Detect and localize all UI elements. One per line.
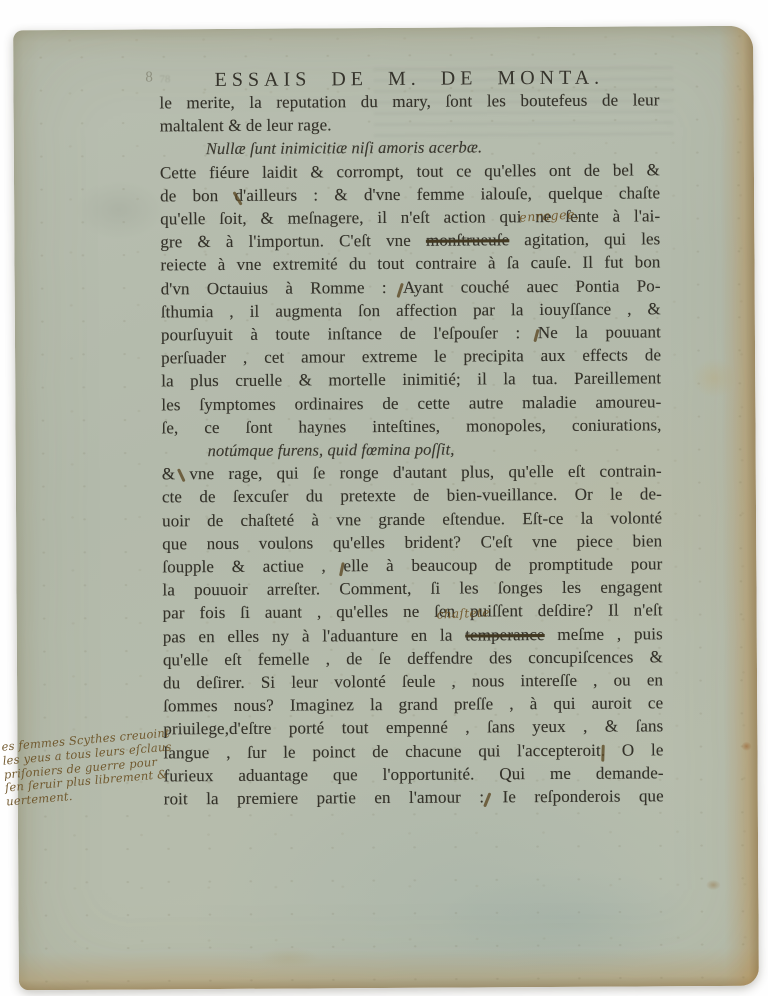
text-block: le merite, la reputation du mary, ſont l… — [159, 88, 663, 810]
text-line: de bon d'ailleurs : & d'vne femme ialouſ… — [160, 181, 660, 207]
text-line: le merite, la reputation du mary, ſont l… — [159, 88, 659, 114]
text-line: d'vn Octauius à Romme : Ayant couché aue… — [161, 274, 661, 300]
line-segment: agitation, qui les — [509, 230, 660, 250]
text-line: furieux aduantage que l'opportunité. Qui… — [164, 761, 664, 787]
folio-number: 8 — [145, 69, 153, 86]
text-line: qu'elle eſt femelle , de ſe deffendre de… — [163, 645, 663, 671]
stain — [706, 880, 720, 890]
text-line: Cette fiéure laidit & corrompt, tout ce … — [160, 158, 660, 184]
text-line: & vne rage, qui ſe ronge d'autant plus, … — [162, 460, 662, 486]
text-line: ſommes nous? Imaginez la grand preſſe , … — [163, 692, 663, 718]
stain — [741, 742, 751, 751]
photo-background: 8 78 ESSAIS DE M. DE MONTA. le merite, l… — [0, 0, 768, 996]
text-line-with-correction: pas en elles ny à l'aduanture en la temp… — [163, 622, 663, 648]
text-line: cte de ſexcuſer du pretexte de bien-vuei… — [162, 483, 662, 509]
text-line: maltalent & de leur rage. — [160, 112, 660, 138]
text-line: par fois ſi auant , qu'elles ne ſen puiſ… — [163, 599, 663, 625]
text-line: ſoupple & actiue , elle à beaucoup de pr… — [162, 552, 662, 578]
text-line: que nous voulons qu'elles brident? C'eſt… — [162, 529, 662, 555]
line-segment: pas en elles ny à l'aduanture en la — [163, 625, 466, 646]
line-segment: gre & à l'importun. C'eſt vne — [160, 231, 426, 252]
stain — [438, 866, 699, 978]
text-line: la plus cruelle & mortelle inimitié; il … — [161, 367, 661, 393]
text-line: les ſymptomes ordinaires de cette autre … — [161, 390, 661, 416]
line-segment: meſme , puis — [545, 624, 663, 644]
text-line: du deſirer. Si leur volonté ſeule , nous… — [163, 668, 663, 694]
text-line: perſuader , cet amour extreme le precipi… — [161, 344, 661, 370]
latin-quote-line: Nullæ ſunt inimicitiæ niſi amoris acerbæ… — [160, 135, 660, 161]
text-line: roit la premiere partie en l'amour : Ie … — [164, 784, 664, 810]
text-line: ſe, ce ſont haynes inteſtines, monopoles… — [161, 413, 661, 439]
text-line: la pouuoir arreſter. Comment, ſi les ſon… — [162, 576, 662, 602]
handwritten-correction-chastete: chaſtete — [436, 605, 490, 621]
latin-quote-line: notúmque furens, quid fœmina poſſit, — [162, 436, 662, 462]
stain — [259, 946, 319, 968]
struck-word: monſtrueuſe — [426, 230, 509, 250]
struck-word: temperance — [465, 625, 544, 644]
text-line: uoir de chaſteté à vne grande eſtendue. … — [162, 506, 662, 532]
text-line: langue , ſur le poinct de chacune qui l'… — [163, 738, 663, 764]
text-line: ſthumia , il augmenta ſon affection par … — [161, 297, 661, 323]
stain — [691, 358, 737, 398]
text-line-with-correction: gre & à l'importun. C'eſt vne monſtrueuſ… — [160, 228, 660, 254]
text-line: pourſuyuit à toute inſtance de l'eſpouſe… — [161, 320, 661, 346]
stain — [74, 179, 164, 240]
book-page: 8 78 ESSAIS DE M. DE MONTA. le merite, l… — [13, 26, 759, 991]
text-line: priuilege,d'eſtre porté tout empenné , ſ… — [163, 715, 663, 741]
text-line: qu'elle ſoit, & meſnagere, il n'eſt acti… — [160, 204, 660, 230]
text-line: reiecte à vne extremité du tout contrair… — [160, 251, 660, 277]
